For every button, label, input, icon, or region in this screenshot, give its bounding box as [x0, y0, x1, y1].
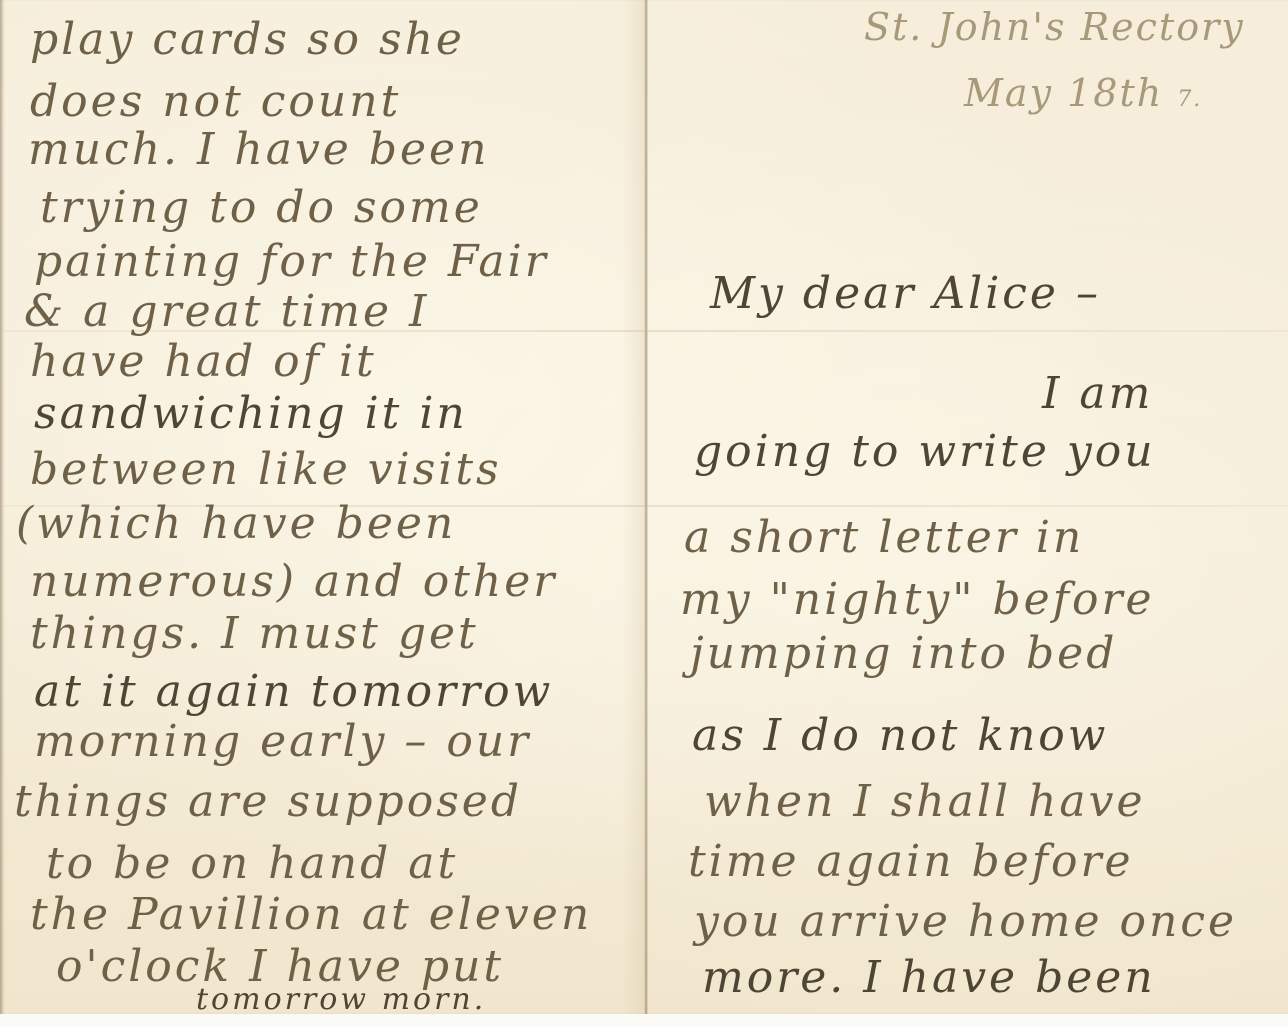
text-line: play cards so she	[30, 18, 465, 62]
text-line: have had of it	[30, 340, 377, 384]
text-line: sandwiching it in	[34, 392, 468, 436]
text-line: the Pavillion at eleven	[30, 893, 592, 937]
text-line: jumping into bed	[690, 632, 1117, 676]
text-line: a short letter in	[684, 516, 1084, 560]
text-line: my "nighty" before	[680, 578, 1155, 622]
text-line: & a great time I	[24, 290, 429, 334]
right-page: St. John's Rectory May 18th 7. My dear A…	[648, 0, 1288, 1014]
scan-margin	[0, 1014, 1288, 1027]
text-line: between like visits	[30, 448, 502, 492]
text-line: more. I have been	[702, 956, 1156, 1000]
text-line: does not count	[30, 80, 401, 124]
text-line: when I shall have	[704, 780, 1145, 824]
left-page: play cards so she does not count much. I…	[0, 0, 644, 1014]
text-line: I am	[1042, 372, 1153, 416]
date-heading: May 18th 7.	[964, 74, 1202, 112]
text-line: you arrive home once	[694, 900, 1237, 944]
text-line: morning early – our	[34, 720, 531, 764]
text-line: as I do not know	[692, 714, 1108, 758]
text-line: (which have been	[16, 502, 456, 546]
text-line: things are supposed	[14, 780, 522, 824]
text-line: much. I have been	[28, 128, 489, 172]
salutation: My dear Alice –	[710, 272, 1101, 316]
text-line: going to write you	[694, 430, 1156, 474]
text-line: time again before	[688, 840, 1134, 884]
text-line: things. I must get	[30, 612, 479, 656]
text-line: at it again tomorrow	[34, 670, 553, 714]
text-line: painting for the Fair	[34, 240, 549, 284]
insertion-note: tomorrow morn.	[196, 985, 486, 1015]
text-line: trying to do some	[40, 186, 483, 230]
date-suffix: 7.	[1177, 87, 1202, 112]
address-heading: St. John's Rectory	[864, 8, 1245, 46]
text-line: numerous) and other	[30, 560, 557, 604]
date-text: May 18th	[964, 71, 1163, 115]
text-line: to be on hand at	[46, 842, 458, 886]
